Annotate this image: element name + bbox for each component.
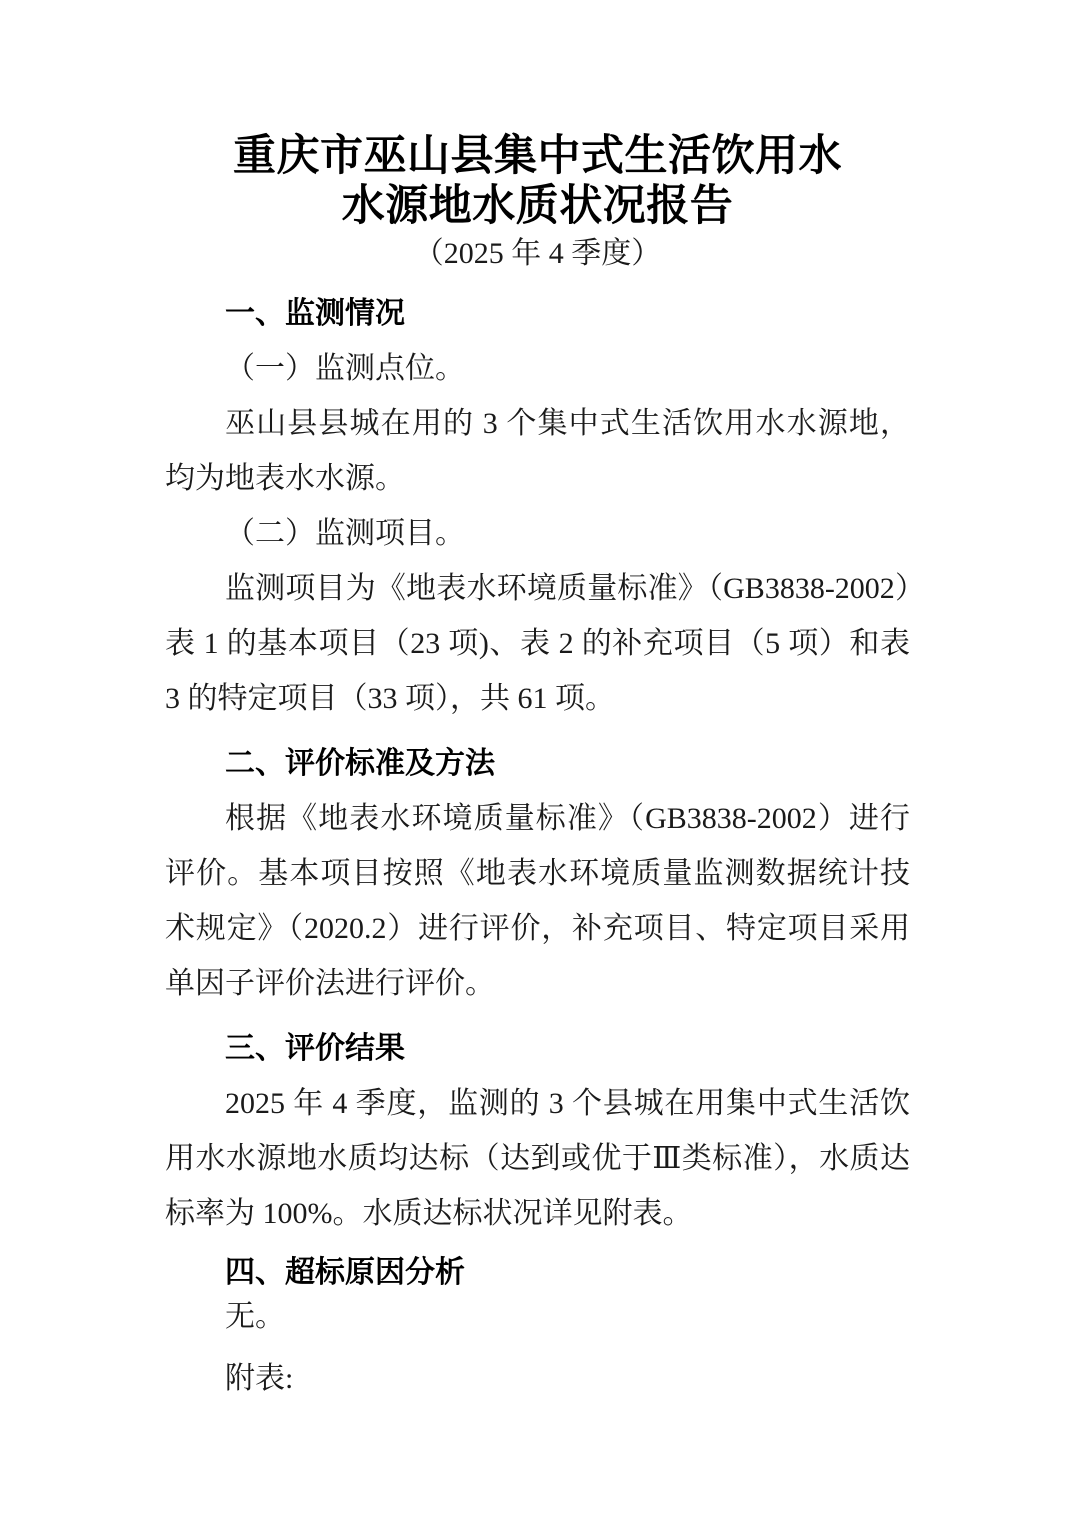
subheading-monitoring-points: （一）监测点位。 — [165, 341, 910, 396]
section-monitoring: 一、监测情况 （一）监测点位。 巫山县县城在用的 3 个集中式生活饮用水水源地，… — [165, 286, 910, 726]
section-heading-monitoring: 一、监测情况 — [165, 286, 910, 341]
report-title: 重庆市巫山县集中式生活饮用水 水源地水质状况报告 — [165, 132, 910, 232]
section-heading-exceedance-analysis: 四、超标原因分析 — [165, 1251, 910, 1295]
section-heading-evaluation-standard: 二、评价标准及方法 — [165, 736, 910, 791]
section-evaluation-result: 三、评价结果 2025 年 4 季度，监测的 3 个县城在用集中式生活饮用水水源… — [165, 1021, 910, 1241]
report-title-line-2: 水源地水质状况报告 — [165, 182, 910, 232]
report-subtitle: （2025 年 4 季度） — [165, 232, 910, 276]
section-evaluation-standard: 二、评价标准及方法 根据《地表水环境质量标准》（GB3838-2002）进行评价… — [165, 736, 910, 1011]
paragraph-evaluation-result: 2025 年 4 季度，监测的 3 个县城在用集中式生活饮用水水源地水质均达标（… — [165, 1076, 910, 1241]
section-exceedance-analysis: 四、超标原因分析 无。 — [165, 1251, 910, 1339]
section-heading-evaluation-result: 三、评价结果 — [165, 1021, 910, 1076]
paragraph-evaluation-standard: 根据《地表水环境质量标准》（GB3838-2002）进行评价。基本项目按照《地表… — [165, 791, 910, 1011]
report-page: 重庆市巫山县集中式生活饮用水 水源地水质状况报告 （2025 年 4 季度） 一… — [0, 0, 1074, 1520]
paragraph-monitoring-items: 监测项目为《地表水环境质量标准》（GB3838-2002）表 1 的基本项目（2… — [165, 561, 910, 726]
report-title-line-1: 重庆市巫山县集中式生活饮用水 — [165, 132, 910, 182]
paragraph-monitoring-points: 巫山县县城在用的 3 个集中式生活饮用水水源地，均为地表水水源。 — [165, 396, 910, 506]
paragraph-exceedance-analysis: 无。 — [165, 1295, 910, 1339]
appendix-label: 附表: — [165, 1357, 910, 1401]
subheading-monitoring-items: （二）监测项目。 — [165, 506, 910, 561]
